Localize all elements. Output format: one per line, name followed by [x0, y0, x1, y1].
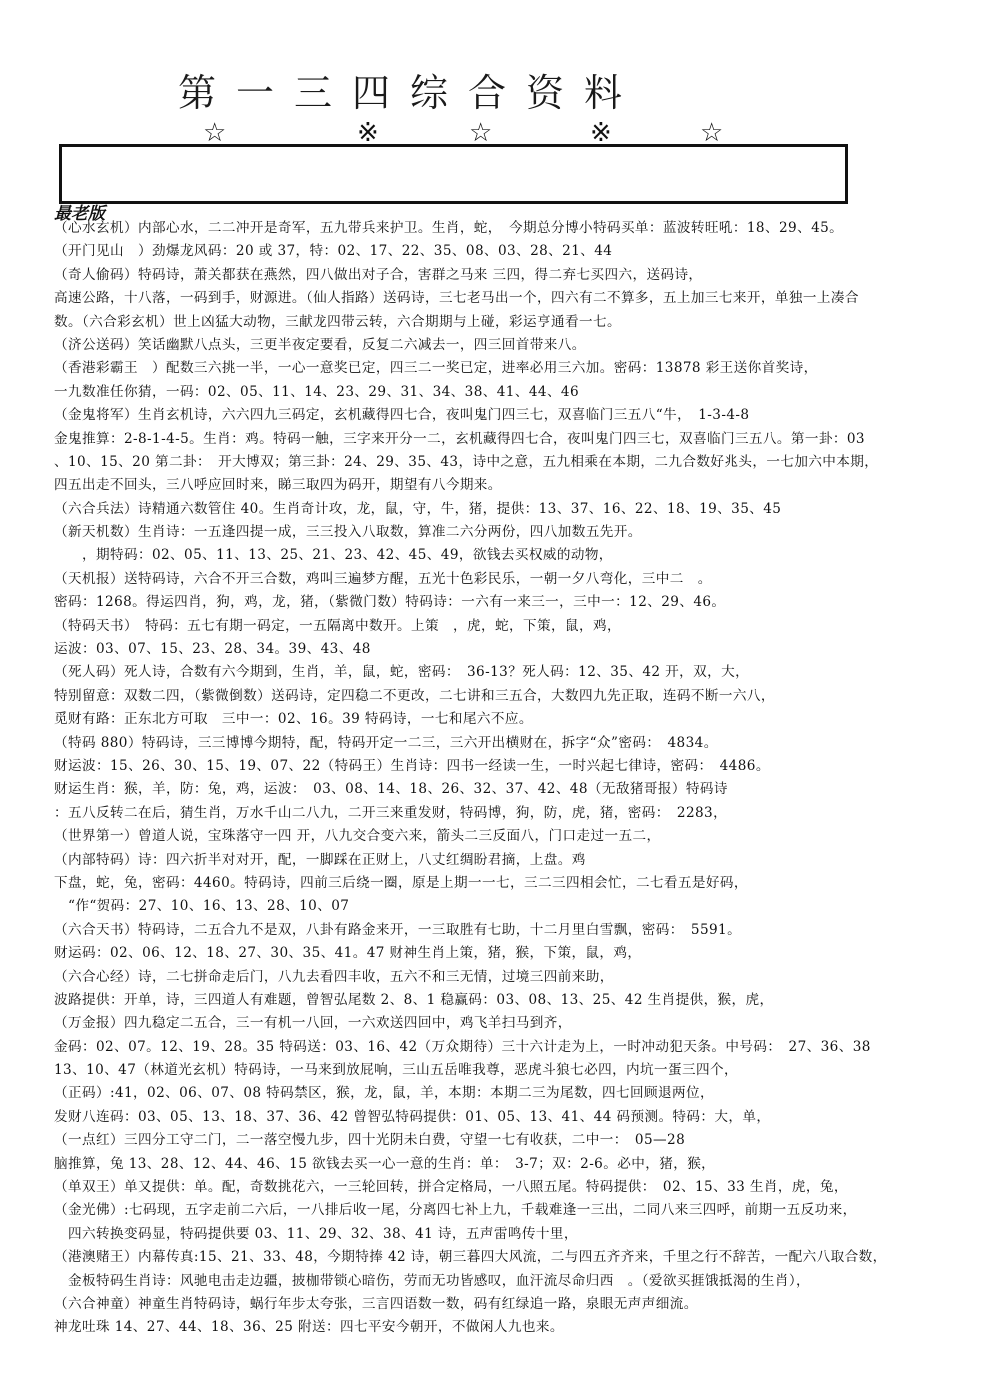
text-line: 觅财有路：正东北方可取 三中一：02、16。39 特码诗，一七和尾六不应。	[54, 708, 984, 731]
text-line: （六合天书）特码诗，二五合九不是双，八卦有路金来开，一三取胜有七助，十二月里白雪…	[54, 919, 984, 942]
text-line: （香港彩霸王 ）配数三六挑一半，一心一意奖已定，四三二一奖已定，进率必用三六加。…	[54, 357, 984, 380]
text-line: 金码：02、07。12、19、28。35 特码送：03、16、42（万众期待）三…	[54, 1036, 984, 1059]
text-line: （心水玄机）内部心水，二二冲开是奇军，五九带兵来护卫。生肖，蛇， 今期总分博小特…	[54, 217, 984, 240]
text-line: （开门见山 ）劲爆龙风码：20 或 37，特：02、17、22、35、08、03…	[54, 240, 984, 263]
text-line: （六合神童）神童生肖特码诗，蜗行年步太夸张，三言四语数一数，码有红绿追一路，泉眼…	[54, 1293, 984, 1316]
text-line: （内部特码）诗：四六折半对对开，配，一脚踩在正财上，八丈红绸盼君摘，上盘。鸡	[54, 849, 984, 872]
text-line: （六合心经）诗，二七拼命走后门，八九去看四丰收，五六不和三无情，过境三四前来助，	[54, 966, 984, 989]
text-line: 下盘，蛇，兔，密码：4460。特码诗，四前三后绕一圈，原是上期一一七，三二三四相…	[54, 872, 984, 895]
text-line: （金鬼将军）生肖玄机诗，六六四九三码定，玄机藏得四七合，夜叫鬼门四三七，双喜临门…	[54, 404, 984, 427]
text-line: （世界第一）曾道人说，宝珠落守一四 开，八九交合变六来，箭头二三反面八，门口走过…	[54, 825, 984, 848]
text-line: ，期特码：02、05、11、13、25、21、23、42、45、49，欲钱去买权…	[54, 544, 984, 567]
text-line: 一九数准任你猜，一码：02、05、11、14、23、29、31、34、38、41…	[54, 381, 984, 404]
empty-banner-box	[59, 144, 848, 204]
text-line: 财运生肖：猴，羊，防：兔，鸡，运波： 03、08、14、18、26、32、37、…	[54, 778, 984, 801]
text-line: 财运波：15、26、30、15、19、07、22（特码王）生肖诗：四书一经读一生…	[54, 755, 984, 778]
text-line: （天机报）送特码诗，六合不开三合数，鸡叫三遍梦方醒，五光十色彩民乐，一朝一夕八弯…	[54, 568, 984, 591]
text-line: （正码）:41，02、06、07、08 特码禁区，猴，龙，鼠，羊，本期：本期二三…	[54, 1082, 984, 1105]
text-line: （六合兵法）诗精通六数管住 40。生肖奇计攻，龙，鼠，守，牛，猪，提供：13、3…	[54, 498, 984, 521]
text-line: 运波：03、07、15、23、28、34。39、43、48	[54, 638, 984, 661]
text-line: （济公送码）笑话幽默八点头，三更半夜定要看，反复二六减去一，四三回首带来八。	[54, 334, 984, 357]
text-line: （一点红）三四分工守二门，二一落空慢九步，四十光阴未白费，守望一七有收获，二中一…	[54, 1129, 984, 1152]
text-line: （单双王）单又提供：单。配，奇数挑花六，一三轮回转，拼合定格局，一八照五尾。特码…	[54, 1176, 984, 1199]
text-line	[54, 1340, 984, 1363]
text-line: 数。（六合彩玄机）世上凶猛大动物，三献龙四带云转，六合期期与上碰，彩运亨通看一七…	[54, 311, 984, 334]
text-line: （金光佛）:七码现，五字走前二六后，一八排后收一尾，分离四七补上九，千载难逢一三…	[54, 1199, 984, 1222]
text-line: （港澳赌王）内幕传真:15、21、33、48，今期特捧 42 诗，朝三暮四大风流…	[54, 1246, 984, 1269]
text-line: 发财八连码：03、05、13、18、37、36、42 曾智弘特码提供：01、05…	[54, 1106, 984, 1129]
text-line: 金板特码生肖诗：风驰电击走边疆，披枷带锁心暗伤，劳而无功皆感叹，血汗流尽命归西 …	[54, 1270, 984, 1293]
text-line: 、10、15、20 第二卦： 开大博双；第三卦：24、29、35、43，诗中之意…	[54, 451, 984, 474]
text-line: 四五出走不回头，三八呼应回时来，睇三取四为码开，期望有八今期来。	[54, 474, 984, 497]
text-line: （万金报）四九稳定二五合，三一有机一八回，一六欢送四回中，鸡飞羊扫马到齐，	[54, 1012, 984, 1035]
text-line: 密码：1268。得运四肖，狗，鸡，龙，猪，（紫微门数）特码诗：一六有一来三一，三…	[54, 591, 984, 614]
text-line: 波路提供：开单，诗，三四道人有难题，曾智弘尾数 2、8、1 稳赢码：03、08、…	[54, 989, 984, 1012]
text-line: 神龙吐珠 14、27、44、18、36、25 附送：四七平安今朝开，不做闲人九也…	[54, 1316, 984, 1339]
text-line: ：五八反转二在后，猜生肖，万水千山二八九，二开三来重发财，特码博，狗，防，虎，猪…	[54, 802, 984, 825]
text-line: 四六转换变码显，特码提供要 03、11、29、32、38、41 诗，五声雷鸣传十…	[54, 1223, 984, 1246]
text-line: （新天机数）生肖诗：一五逢四提一成，三三投入八取数，算准二六分两份，四八加数五先…	[54, 521, 984, 544]
text-line: 特别留意：双数二四，（紫微倒数）送码诗，定四稳二不更改，二七讲和三五合，大数四九…	[54, 685, 984, 708]
text-line: 脑推算，兔 13、28、12、44、46、15 欲钱去买一心一意的生肖：单： 3…	[54, 1153, 984, 1176]
text-line: 财运码：02、06、12、18、27、30、35、41。47 财神生肖上策，猪，…	[54, 942, 984, 965]
text-line: （奇人偷码）特码诗，萧关都获在燕然，四八做出对子合，害群之马来 三四，得二弃七买…	[54, 264, 984, 287]
text-line: 金鬼推算：2-8-1-4-5。生肖：鸡。特码一触，三字来开分一二，玄机藏得四七合…	[54, 428, 984, 451]
text-line: （特码 880）特码诗，三三博博今期特，配，特码开定一二三，三六开出横财在，拆字…	[54, 732, 984, 755]
text-line: （特码天书） 特码：五七有期一码定，一五隔离中数开。上策 ，虎，蛇，下策，鼠，鸡…	[54, 615, 984, 638]
text-line: （死人码）死人诗，合数有六今期到，生肖，羊，鼠，蛇，密码： 36-13？死人码：…	[54, 661, 984, 684]
text-line: 高速公路，十八落，一码到手，财源进。（仙人指路）送码诗，三七老马出一个，四六有二…	[54, 287, 984, 310]
page-title: 第一三四综合资料	[178, 62, 642, 117]
document-body: （心水玄机）内部心水，二二冲开是奇军，五九带兵来护卫。生肖，蛇， 今期总分博小特…	[54, 217, 984, 1363]
text-line: 13、10、47（林道光玄机）特码诗，一马来到放屁响，三山五岳唯我尊，恶虎斗狼七…	[54, 1059, 984, 1082]
text-line: “作“贺码：27、10、16、13、28、10、07	[54, 895, 984, 918]
